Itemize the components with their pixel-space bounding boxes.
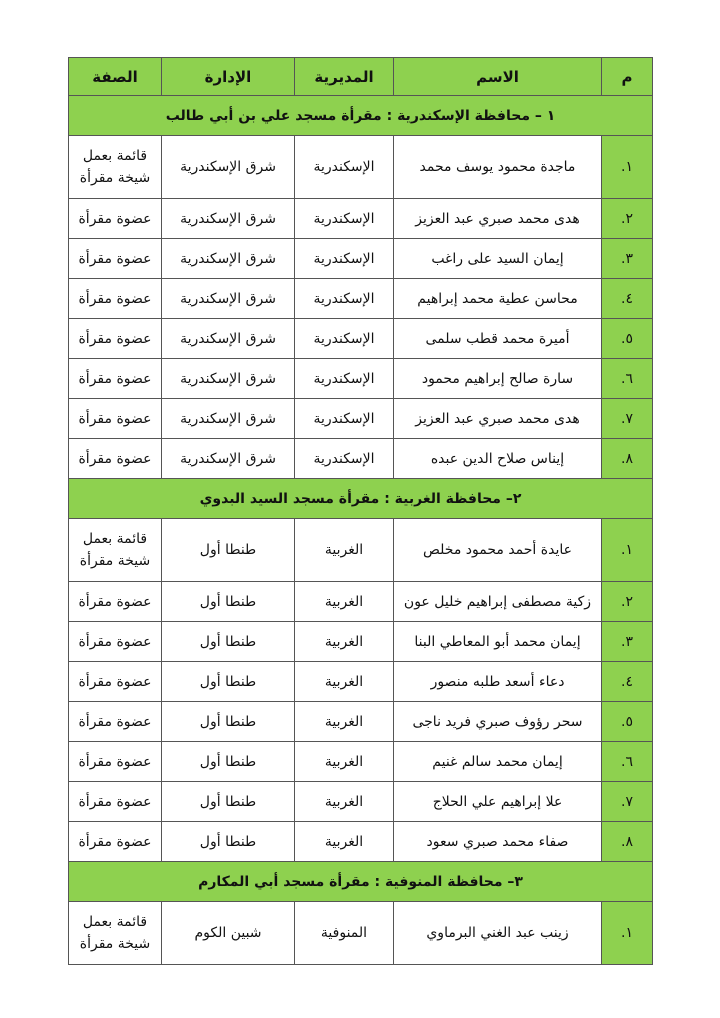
table-row: ٦.إيمان محمد سالم غنيمالغربيةطنطا أولعضو…	[69, 742, 653, 782]
role-line-1: عضوة مقرأة	[73, 591, 157, 613]
member-role: عضوة مقرأة	[69, 702, 162, 742]
member-name: إيناس صلاح الدين عبده	[394, 439, 602, 479]
member-directorate: الإسكندرية	[295, 439, 394, 479]
table-row: ١.زينب عبد الغني البرماويالمنوفيةشبين ال…	[69, 902, 653, 965]
role-line-1: قائمة بعمل	[73, 911, 157, 933]
header-name: الاسم	[394, 58, 602, 96]
member-administration: طنطا أول	[162, 582, 295, 622]
table-row: ٧.هدى محمد صبري عبد العزيزالإسكندريةشرق …	[69, 399, 653, 439]
row-number: ٢.	[602, 199, 653, 239]
member-directorate: الإسكندرية	[295, 359, 394, 399]
row-number: ٧.	[602, 399, 653, 439]
member-administration: طنطا أول	[162, 782, 295, 822]
member-role: قائمة بعملشيخة مقرأة	[69, 136, 162, 199]
member-role: عضوة مقرأة	[69, 582, 162, 622]
role-line-1: عضوة مقرأة	[73, 671, 157, 693]
table-row: ٨.إيناس صلاح الدين عبدهالإسكندريةشرق الإ…	[69, 439, 653, 479]
header-directorate: المديرية	[295, 58, 394, 96]
member-name: محاسن عطية محمد إبراهيم	[394, 279, 602, 319]
section-title: ٢– محافظة الغربية : مقرأة مسجد السيد الب…	[69, 479, 653, 519]
row-number: ٦.	[602, 359, 653, 399]
table-header-row: م الاسم المديرية الإدارة الصفة	[69, 58, 653, 96]
member-role: عضوة مقرأة	[69, 399, 162, 439]
table-row: ٦.سارة صالح إبراهيم محمودالإسكندريةشرق ا…	[69, 359, 653, 399]
member-administration: شرق الإسكندرية	[162, 279, 295, 319]
row-number: ٥.	[602, 702, 653, 742]
row-number: ٤.	[602, 279, 653, 319]
role-line-2: شيخة مقرأة	[73, 933, 157, 955]
role-line-1: عضوة مقرأة	[73, 408, 157, 430]
table-row: ١.ماجدة محمود يوسف محمدالإسكندريةشرق الإ…	[69, 136, 653, 199]
member-name: زينب عبد الغني البرماوي	[394, 902, 602, 965]
table-body: ١ – محافظة الإسكندرية : مقرأة مسجد علي ب…	[69, 96, 653, 965]
member-directorate: المنوفية	[295, 902, 394, 965]
row-number: ٣.	[602, 239, 653, 279]
member-administration: طنطا أول	[162, 702, 295, 742]
role-line-1: عضوة مقرأة	[73, 208, 157, 230]
member-administration: شرق الإسكندرية	[162, 399, 295, 439]
member-directorate: الإسكندرية	[295, 239, 394, 279]
member-role: عضوة مقرأة	[69, 319, 162, 359]
member-name: إيمان محمد سالم غنيم	[394, 742, 602, 782]
member-role: قائمة بعملشيخة مقرأة	[69, 902, 162, 965]
member-role: عضوة مقرأة	[69, 239, 162, 279]
table-row: ٣.إيمان محمد أبو المعاطي البناالغربيةطنط…	[69, 622, 653, 662]
row-number: ٧.	[602, 782, 653, 822]
role-line-1: عضوة مقرأة	[73, 368, 157, 390]
member-directorate: الإسكندرية	[295, 279, 394, 319]
header-num: م	[602, 58, 653, 96]
header-administration: الإدارة	[162, 58, 295, 96]
member-directorate: الغربية	[295, 702, 394, 742]
member-directorate: الغربية	[295, 662, 394, 702]
member-role: عضوة مقرأة	[69, 199, 162, 239]
row-number: ٣.	[602, 622, 653, 662]
role-line-1: عضوة مقرأة	[73, 288, 157, 310]
member-role: عضوة مقرأة	[69, 662, 162, 702]
role-line-1: عضوة مقرأة	[73, 711, 157, 733]
member-administration: شرق الإسكندرية	[162, 239, 295, 279]
member-name: هدى محمد صبري عبد العزيز	[394, 399, 602, 439]
table-row: ٨.صفاء محمد صبري سعودالغربيةطنطا أولعضوة…	[69, 822, 653, 862]
member-administration: طنطا أول	[162, 622, 295, 662]
member-administration: شرق الإسكندرية	[162, 319, 295, 359]
member-administration: شرق الإسكندرية	[162, 439, 295, 479]
row-number: ٨.	[602, 822, 653, 862]
role-line-1: عضوة مقرأة	[73, 248, 157, 270]
row-number: ٢.	[602, 582, 653, 622]
role-line-1: قائمة بعمل	[73, 145, 157, 167]
member-directorate: الغربية	[295, 822, 394, 862]
table-row: ١.عايدة أحمد محمود مخلصالغربيةطنطا أولقا…	[69, 519, 653, 582]
document-page: م الاسم المديرية الإدارة الصفة ١ – محافظ…	[68, 57, 652, 965]
member-directorate: الإسكندرية	[295, 399, 394, 439]
header-role: الصفة	[69, 58, 162, 96]
row-number: ١.	[602, 519, 653, 582]
row-number: ١.	[602, 136, 653, 199]
member-name: سارة صالح إبراهيم محمود	[394, 359, 602, 399]
member-directorate: الإسكندرية	[295, 136, 394, 199]
member-name: سحر رؤوف صبري فريد ناجى	[394, 702, 602, 742]
member-role: عضوة مقرأة	[69, 359, 162, 399]
role-line-1: عضوة مقرأة	[73, 328, 157, 350]
table-row: ٢.زكية مصطفى إبراهيم خليل عونالغربيةطنطا…	[69, 582, 653, 622]
member-name: دعاء أسعد طلبه منصور	[394, 662, 602, 702]
member-directorate: الغربية	[295, 519, 394, 582]
member-administration: شرق الإسكندرية	[162, 136, 295, 199]
row-number: ٥.	[602, 319, 653, 359]
member-role: عضوة مقرأة	[69, 279, 162, 319]
table-row: ٢.هدى محمد صبري عبد العزيزالإسكندريةشرق …	[69, 199, 653, 239]
role-line-2: شيخة مقرأة	[73, 167, 157, 189]
member-role: عضوة مقرأة	[69, 439, 162, 479]
member-role: عضوة مقرأة	[69, 782, 162, 822]
member-role: قائمة بعملشيخة مقرأة	[69, 519, 162, 582]
member-directorate: الغربية	[295, 782, 394, 822]
row-number: ٨.	[602, 439, 653, 479]
section-title: ١ – محافظة الإسكندرية : مقرأة مسجد علي ب…	[69, 96, 653, 136]
section-title: ٣– محافظة المنوفية : مقرأة مسجد أبي المك…	[69, 862, 653, 902]
role-line-1: عضوة مقرأة	[73, 448, 157, 470]
role-line-2: شيخة مقرأة	[73, 550, 157, 572]
member-directorate: الغربية	[295, 742, 394, 782]
section-row: ١ – محافظة الإسكندرية : مقرأة مسجد علي ب…	[69, 96, 653, 136]
table-row: ٤.محاسن عطية محمد إبراهيمالإسكندريةشرق ا…	[69, 279, 653, 319]
members-table: م الاسم المديرية الإدارة الصفة ١ – محافظ…	[68, 57, 653, 965]
table-row: ٥.أميرة محمد قطب سلمىالإسكندريةشرق الإسك…	[69, 319, 653, 359]
table-row: ٧.علا إبراهيم علي الحلاجالغربيةطنطا أولع…	[69, 782, 653, 822]
role-line-1: عضوة مقرأة	[73, 831, 157, 853]
member-administration: طنطا أول	[162, 742, 295, 782]
member-administration: طنطا أول	[162, 519, 295, 582]
member-directorate: الإسكندرية	[295, 319, 394, 359]
member-role: عضوة مقرأة	[69, 742, 162, 782]
member-administration: شرق الإسكندرية	[162, 199, 295, 239]
role-line-1: عضوة مقرأة	[73, 791, 157, 813]
section-row: ٢– محافظة الغربية : مقرأة مسجد السيد الب…	[69, 479, 653, 519]
member-name: عايدة أحمد محمود مخلص	[394, 519, 602, 582]
member-administration: طنطا أول	[162, 822, 295, 862]
table-row: ٥.سحر رؤوف صبري فريد ناجىالغربيةطنطا أول…	[69, 702, 653, 742]
member-role: عضوة مقرأة	[69, 822, 162, 862]
role-line-1: عضوة مقرأة	[73, 751, 157, 773]
row-number: ١.	[602, 902, 653, 965]
member-name: أميرة محمد قطب سلمى	[394, 319, 602, 359]
member-name: صفاء محمد صبري سعود	[394, 822, 602, 862]
member-administration: شرق الإسكندرية	[162, 359, 295, 399]
member-directorate: الغربية	[295, 582, 394, 622]
member-name: ماجدة محمود يوسف محمد	[394, 136, 602, 199]
member-name: زكية مصطفى إبراهيم خليل عون	[394, 582, 602, 622]
member-administration: شبين الكوم	[162, 902, 295, 965]
table-row: ٣.إيمان السيد على راغبالإسكندريةشرق الإس…	[69, 239, 653, 279]
member-name: إيمان محمد أبو المعاطي البنا	[394, 622, 602, 662]
row-number: ٤.	[602, 662, 653, 702]
member-name: علا إبراهيم علي الحلاج	[394, 782, 602, 822]
member-role: عضوة مقرأة	[69, 622, 162, 662]
member-directorate: الغربية	[295, 622, 394, 662]
member-directorate: الإسكندرية	[295, 199, 394, 239]
table-row: ٤.دعاء أسعد طلبه منصورالغربيةطنطا أولعضو…	[69, 662, 653, 702]
role-line-1: عضوة مقرأة	[73, 631, 157, 653]
member-administration: طنطا أول	[162, 662, 295, 702]
row-number: ٦.	[602, 742, 653, 782]
role-line-1: قائمة بعمل	[73, 528, 157, 550]
member-name: هدى محمد صبري عبد العزيز	[394, 199, 602, 239]
member-name: إيمان السيد على راغب	[394, 239, 602, 279]
section-row: ٣– محافظة المنوفية : مقرأة مسجد أبي المك…	[69, 862, 653, 902]
